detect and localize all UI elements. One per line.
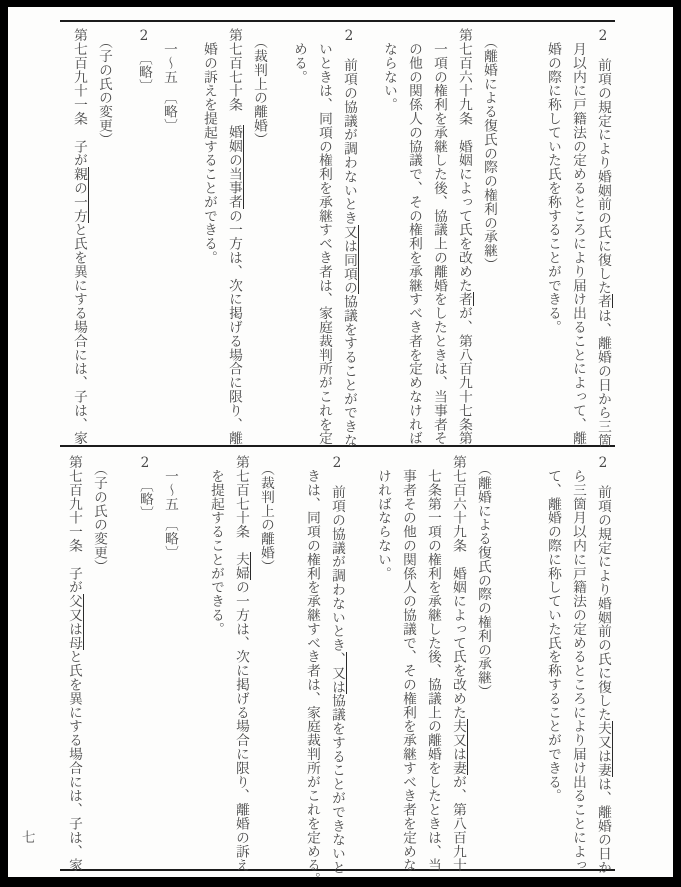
changed-text-sideline: 親の一方 (71, 167, 89, 223)
text-run: 第七百七十条 (226, 28, 242, 125)
text-run: （離婚による復氏の際の権利の承継） (481, 28, 497, 271)
text-run: （離婚による復氏の際の権利の承継） (475, 455, 491, 698)
text-run: 七条第一項の権利を承継した後、協議上の離婚をしたときは、当 (425, 455, 441, 872)
paragraph-number: 2 (136, 28, 152, 44)
text-line: 第七百九十一条 子が父又は母と氏を異にする場合には、子は、家 (61, 455, 86, 868)
section-divider-rule (60, 445, 615, 447)
text-run: 前項の協議が調わないとき (341, 44, 357, 225)
provision-block: （子の氏の変更） (91, 28, 116, 441)
text-line: （離婚による復氏の際の権利の承継） (476, 28, 501, 441)
section-current-text: 2 前項の規定により婚姻前の氏に復した夫又は妻は、離婚の日か ら三箇月以内に戸籍… (61, 455, 615, 868)
provision-block: 2 前項の協議が調わないとき又は同項の協議をすることができな いときは、同項の権… (286, 28, 361, 441)
provision-block: （裁判上の離婚） (246, 28, 271, 441)
text-line: 2 前項の協議が調わないとき、又は協議をすることができないと (324, 455, 349, 868)
provision-block: （子の氏の変更） (86, 455, 111, 868)
changed-text-sideline: 夫又は妻 (450, 719, 468, 775)
provision-block: 一〜五 〔略〕 (157, 455, 182, 868)
text-line: の他の関係人の協議で、その権利を承継すべき者を定めなければ (401, 28, 426, 441)
text-run: ければならない。 (375, 455, 391, 580)
text-line: 月以内に戸籍法の定めるところにより届け出ることによって、離 (565, 28, 590, 441)
text-run: 第七百六十九条 婚姻によって氏を改めた (450, 455, 466, 719)
text-run: は、離婚の日から三箇 (595, 308, 611, 447)
text-run: 一〜五 〔略〕 (162, 455, 178, 559)
text-run: が、第八百九十 (450, 775, 466, 872)
text-line: める。 (286, 28, 311, 441)
provision-block: 2 前項の協議が調わないとき、又は協議をすることができないと きは、同項の権利を… (299, 455, 349, 868)
text-line: 事者その他の関係人の協議で、その権利を承継すべき者を定めな (395, 455, 420, 868)
paragraph-number: 2 (341, 28, 357, 44)
changed-text-sideline: 又は同項の (341, 225, 359, 295)
text-line: 第七百六十九条 婚姻によって氏を改めた者が、第八百九十七条第 (451, 28, 476, 441)
section-revised-text: 2 前項の規定により婚姻前の氏に復した者は、離婚の日から三箇 月以内に戸籍法の定… (66, 28, 615, 441)
text-run: 婚の際に称していた氏を称することができる。 (545, 28, 561, 334)
changed-text-sideline: 夫婦 (233, 552, 251, 580)
text-line: て、離婚の際に称していた氏を称することができる。 (540, 455, 565, 868)
text-line: （離婚による復氏の際の権利の承継） (470, 455, 495, 868)
text-line: 一項の権利を承継した後、協議上の離婚をしたときは、当事者そ (426, 28, 451, 441)
text-line: 第七百七十条 婚姻の当事者の一方は、次に掲げる場合に限り、離 (221, 28, 246, 441)
changed-text-sideline: 者 (595, 294, 613, 308)
paragraph-number: 2 (137, 455, 153, 471)
text-line: 一〜五 〔略〕 (157, 455, 182, 868)
paragraph-number: 2 (595, 455, 611, 471)
text-run: 一項の権利を承継した後、協議上の離婚をしたときは、当事者そ (431, 28, 447, 445)
text-line: 第七百九十一条 子が親の一方と氏を異にする場合には、子は、家 (66, 28, 91, 441)
document-page: 2 前項の規定により婚姻前の氏に復した者は、離婚の日から三箇 月以内に戸籍法の定… (8, 7, 673, 877)
provision-block: 2 〔略〕 (131, 28, 156, 441)
provision-block: 第七百六十九条 婚姻によって氏を改めた夫又は妻が、第八百九十 七条第一項の権利を… (370, 455, 470, 868)
provision-block: 一〜五 〔略〕 (156, 28, 181, 441)
text-run: と氏を異にする場合には、子は、家 (66, 650, 82, 872)
scanned-page-frame: 2 前項の規定により婚姻前の氏に復した者は、離婚の日から三箇 月以内に戸籍法の定… (0, 0, 681, 887)
text-run: 婚の訴えを提起することができる。 (201, 28, 217, 264)
text-run: 〔略〕 (137, 471, 153, 520)
text-run: 前項の規定により婚姻前の氏に復した (595, 471, 611, 721)
text-run: 前項の規定により婚姻前の氏に復した (595, 44, 611, 294)
text-line: （裁判上の離婚） (246, 28, 271, 441)
text-line: 第七百七十条 夫婦の一方は、次に掲げる場合に限り、離婚の訴え (228, 455, 253, 868)
text-run: 月以内に戸籍法の定めるところにより届け出ることによって、離 (570, 28, 586, 445)
changed-text-sideline: 夫又は妻 (595, 721, 613, 777)
text-run: 第七百六十九条 婚姻によって氏を改めた (456, 28, 472, 292)
text-run: 第七百九十一条 子が (71, 28, 87, 167)
provision-block: 第七百九十一条 子が親の一方と氏を異にする場合には、子は、家 (66, 28, 91, 441)
text-line: ければならない。 (370, 455, 395, 868)
text-run: 協議をすることができな (341, 294, 357, 447)
text-run: 〔略〕 (136, 44, 152, 93)
text-line: 一〜五 〔略〕 (156, 28, 181, 441)
text-run: （子の氏の変更） (96, 28, 112, 146)
provision-block: （裁判上の離婚） (253, 455, 278, 868)
top-rule (60, 20, 615, 22)
text-run: は、離婚の日か (595, 777, 611, 874)
text-line: （子の氏の変更） (91, 28, 116, 441)
text-run: 事者その他の関係人の協議で、その権利を承継すべき者を定めな (400, 455, 416, 872)
text-run: ら三箇月以内に戸籍法の定めるところにより届け出ることによっ (570, 455, 586, 872)
text-line: 第七百六十九条 婚姻によって氏を改めた夫又は妻が、第八百九十 (445, 455, 470, 868)
text-run: 第七百七十条 (233, 455, 249, 552)
provision-block: 第七百六十九条 婚姻によって氏を改めた者が、第八百九十七条第 一項の権利を承継し… (376, 28, 476, 441)
text-run: と氏を異にする場合には、子は、家 (71, 223, 87, 445)
changed-text-sideline: 父又は母 (66, 594, 84, 650)
provision-block: 第七百七十条 夫婦の一方は、次に掲げる場合に限り、離婚の訴え を提起することがで… (203, 455, 253, 868)
paragraph-number: 2 (595, 28, 611, 44)
text-line: （子の氏の変更） (86, 455, 111, 868)
text-line: 七条第一項の権利を承継した後、協議上の離婚をしたときは、当 (420, 455, 445, 868)
changed-text-sideline: 者 (456, 292, 474, 306)
text-line: ら三箇月以内に戸籍法の定めるところにより届け出ることによっ (565, 455, 590, 868)
text-run: 第七百九十一条 子が (66, 455, 82, 594)
changed-text-sideline: 婚姻の当事者 (226, 125, 244, 208)
text-run: める。 (291, 28, 307, 84)
text-line: 婚の際に称していた氏を称することができる。 (540, 28, 565, 441)
text-run: 一〜五 〔略〕 (161, 28, 177, 132)
text-line: 2 〔略〕 (131, 28, 156, 441)
changed-text-sideline: 、又は (329, 652, 347, 694)
provision-block: 第七百九十一条 子が父又は母と氏を異にする場合には、子は、家 (61, 455, 86, 868)
provision-block: （離婚による復氏の際の権利の承継） (470, 455, 495, 868)
text-run: （裁判上の離婚） (251, 28, 267, 146)
provision-block: 2 前項の規定により婚姻前の氏に復した夫又は妻は、離婚の日か ら三箇月以内に戸籍… (540, 455, 615, 868)
text-line: ならない。 (376, 28, 401, 441)
text-line: 2 前項の規定により婚姻前の氏に復した者は、離婚の日から三箇 (590, 28, 615, 441)
text-run: を提起することができる。 (208, 455, 224, 636)
text-line: 2 前項の協議が調わないとき又は同項の協議をすることができな (336, 28, 361, 441)
text-line: （裁判上の離婚） (253, 455, 278, 868)
text-run: ならない。 (381, 28, 397, 111)
text-run: （裁判上の離婚） (258, 455, 274, 573)
text-run: きは、同項の権利を承継すべき者は、家庭裁判所がこれを定める。 (304, 455, 320, 877)
provision-block: 2 前項の規定により婚姻前の氏に復した者は、離婚の日から三箇 月以内に戸籍法の定… (540, 28, 615, 441)
text-run: の一方は、次に掲げる場合に限り、離 (226, 209, 242, 445)
text-run: 協議をすることができないと (329, 694, 345, 875)
text-line: いときは、同項の権利を承継すべき者は、家庭裁判所がこれを定 (311, 28, 336, 441)
text-line: を提起することができる。 (203, 455, 228, 868)
text-line: 2 〔略〕 (132, 455, 157, 868)
text-run: の他の関係人の協議で、その権利を承継すべき者を定めなければ (406, 28, 422, 445)
page-number: 七 (22, 826, 36, 846)
text-line: きは、同項の権利を承継すべき者は、家庭裁判所がこれを定める。 (299, 455, 324, 868)
provision-block: （離婚による復氏の際の権利の承継） (476, 28, 501, 441)
provision-block: 第七百七十条 婚姻の当事者の一方は、次に掲げる場合に限り、離 婚の訴えを提起する… (196, 28, 246, 441)
text-run: が、第八百九十七条第 (456, 306, 472, 445)
text-run: （子の氏の変更） (91, 455, 107, 573)
paragraph-number: 2 (329, 455, 345, 471)
text-line: 2 前項の規定により婚姻前の氏に復した夫又は妻は、離婚の日か (590, 455, 615, 868)
text-run: 前項の協議が調わないとき (329, 471, 345, 652)
text-run: の一方は、次に掲げる場合に限り、離婚の訴え (233, 580, 249, 872)
text-line: 婚の訴えを提起することができる。 (196, 28, 221, 441)
text-run: て、離婚の際に称していた氏を称することができる。 (545, 455, 561, 803)
text-run: いときは、同項の権利を承継すべき者は、家庭裁判所がこれを定 (316, 28, 332, 445)
provision-block: 2 〔略〕 (132, 455, 157, 868)
